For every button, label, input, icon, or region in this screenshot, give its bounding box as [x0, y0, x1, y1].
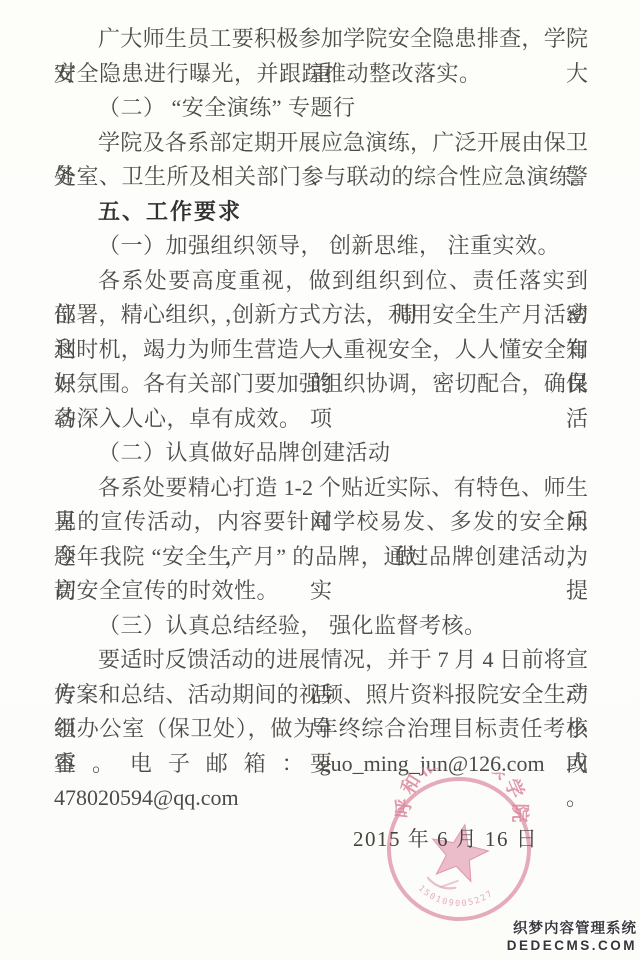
- watermark-chinese-text: 织梦内容管理系统: [507, 921, 637, 938]
- text-line: 好氛围。各有关部门要加强组织协调，密切配合，确保各项活: [54, 367, 588, 402]
- text-line: （一）加强组织领导， 创新思维， 注重实效。: [54, 229, 588, 264]
- document-page: 广大师生员工要积极参加学院安全隐患排查，学院对重大安全隐患进行曝光，并跟踪推动整…: [0, 0, 640, 960]
- text-line: 组办公室（保卫处），做为年终综合治理目标责任考核重要内: [54, 712, 588, 747]
- watermark-site-text: DEDECMS.COM: [507, 938, 637, 954]
- text-line: （三）认真总结经验， 强化监督考核。: [54, 609, 588, 644]
- text-line: 见的宣传活动，内容要针对学校易发、多发的安全问题，做为: [54, 505, 588, 540]
- text-line: 利时机，竭力为师生营造人人重视安全，人人懂安全知识的良: [54, 333, 588, 368]
- text-line: 要适时反馈活动的进展情况，并于 7 月 4 日前将宣传活动: [54, 643, 588, 678]
- watermark: 织梦内容管理系统 DEDECMS.COM: [507, 921, 637, 954]
- text-line: 各系处要精心打造 1-2 个贴近实际、有特色、师生喜闻乐: [54, 471, 588, 506]
- text-line: （二） “安全演练” 专题行: [54, 91, 588, 126]
- seal-organization-text: 呼和浩特民族学院: [392, 765, 537, 828]
- text-line: （二）认真做好品牌创建活动: [54, 436, 588, 471]
- text-line: 务室、卫生所及相关部门参与联动的综合性应急演练。: [54, 160, 588, 195]
- text-line: 学院及各系部定期开展应急演练，广泛开展由保卫处、警: [54, 126, 588, 161]
- document-text: 广大师生员工要积极参加学院安全隐患排查，学院对重大安全隐患进行曝光，并跟踪推动整…: [54, 22, 588, 781]
- text-line: 广大师生员工要积极参加学院安全隐患排查，学院对重大: [54, 22, 588, 57]
- text-line: 部署，精心组织，创新方式方法，利用安全生产月活动这一有: [54, 298, 588, 333]
- text-line: 五、工作要求: [54, 195, 588, 230]
- text-line: 方案和总结、活动期间的视频、照片资料报院安全生产领导小: [54, 678, 588, 713]
- text-line: 今年我院 “安全生产月” 的品牌，通过品牌创建活动，切实提: [54, 540, 588, 575]
- text-line: 各系处要高度重视，做到组织到位、责任落实到位，周密: [54, 264, 588, 299]
- document-date: 2015 年 6 月 16 日: [353, 823, 538, 853]
